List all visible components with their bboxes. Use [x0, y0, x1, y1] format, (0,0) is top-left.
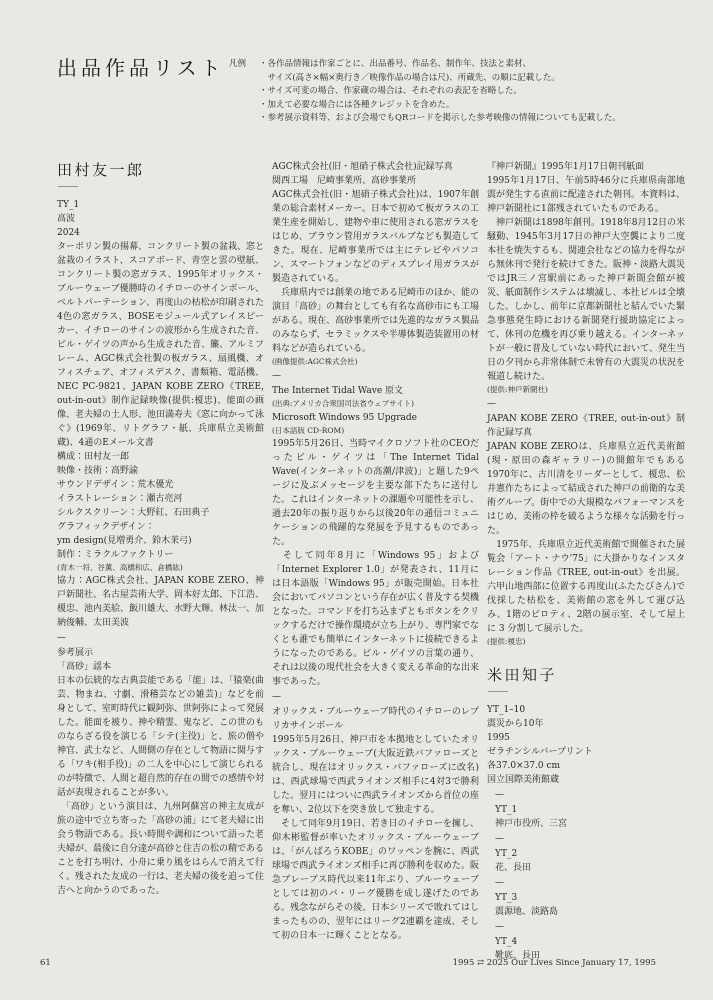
work-detail-line: 「高砂」謡本 [57, 660, 264, 674]
work-detail-line: サウンドデザイン：荒木優光 [57, 478, 264, 492]
section-divider: — [495, 920, 685, 934]
section-divider: — [487, 397, 685, 411]
credit-note: (提供:神戸新聞社) [487, 384, 685, 397]
work-detail-line: Microsoft Windows 95 Upgrade [272, 411, 479, 425]
credit-note: (青木一将、谷薫、高橋和広、倉橋紘) [57, 562, 264, 575]
credit-note: (出典:アメリカ合衆国司法省ウェブサイト) [272, 398, 479, 411]
legend-line: ・サイズ可変の場合、作家蔵の場合は、それぞれの表記を省略した。 [259, 85, 621, 99]
work-detail-line: The Internet Tidal Wave 原文 [272, 384, 479, 398]
page-title: 出品作品リスト [57, 56, 229, 126]
body-paragraph: 協力：AGC株式会社、JAPAN KOBE ZERO、神戸新聞社、名古屋芸術大学… [57, 574, 264, 630]
work-list-item: YT_3 [495, 891, 685, 905]
credit-note: (日本語版 CD-ROM) [272, 425, 479, 438]
credit-note: (画像提供:AGC株式会社) [272, 356, 479, 369]
body-paragraph: AGC株式会社(旧・旭硝子株式会社)記録写真 [272, 160, 479, 174]
artist-name: 米田知子 [487, 665, 685, 685]
work-detail-line: 映像・技術：高野諭 [57, 464, 264, 478]
body-paragraph: 1995年5月26日、当時マイクロソフト社のCEOだったビル・ゲイツは「The … [272, 437, 479, 549]
work-list-item: YT_4 [495, 935, 685, 949]
work-detail-line: シルクスクリーン：大野紅、石田典子 [57, 506, 264, 520]
work-detail-line: 関西工場 尼崎事業所、高砂事業所 [272, 174, 479, 188]
section-divider: — [57, 631, 264, 645]
section-divider: — [495, 788, 685, 802]
body-paragraph: 「高砂」という演目は、九州阿蘇宮の神主友成が旅の途中で立ち寄った「高砂の浦」にて… [57, 800, 264, 898]
credit-note: (提供:榎忠) [487, 636, 685, 649]
artist-section-heading: 米田知子 [487, 665, 685, 692]
work-list-item: 花、長田 [495, 861, 685, 875]
work-detail-line: 制作：ミラクルファクトリー [57, 548, 264, 562]
body-paragraph: そして同年8月に「Windows 95」および「Internet Explore… [272, 549, 479, 689]
heading-rule [58, 186, 78, 187]
work-detail-line: イラストレーション：瀬古亮河 [57, 492, 264, 506]
section-divider: — [272, 690, 479, 704]
artist-name: 田村友一郎 [57, 160, 264, 180]
body-paragraph: JAPAN KOBE ZEROは、兵庫県立近代美術館(現・原田の森ギャラリー)の… [487, 440, 685, 538]
body-paragraph: 『神戸新聞』1995年1月17日朝刊紙面 [487, 160, 685, 174]
body-paragraph: 兵庫県内では創業の地である尼崎市のほか、能の演目「高砂」の舞台としても有名な高砂… [272, 286, 479, 356]
body-paragraph: 1975年、兵庫県立近代美術館で開催された展覧会「アート・ナウ'75」に大掛かり… [487, 538, 685, 636]
work-list-item: 神戸市役所、三宮 [495, 817, 685, 831]
section-divider: — [272, 369, 479, 383]
legend-lines: ・各作品情報は作家ごとに、出品番号、作品名、制作年、技法と素材、 サイズ(高さ×… [259, 58, 621, 126]
work-list-item: YT_2 [495, 847, 685, 861]
page-footer: 61 1995 ⇄ 2025 Our Lives Since January 1… [40, 958, 656, 968]
body-paragraph: 日本の伝統的な古典芸能である「能」は、「猿楽(曲芸、物まね、寸劇、滑稽芸などの雑… [57, 674, 264, 800]
body-paragraph: 神戸新聞は1898年創刊。1918年8月12日の米騒動、1945年3月17日の神… [487, 216, 685, 384]
work-detail-line: YT_1–10 [487, 703, 685, 717]
footer-exhibition-title: 1995 ⇄ 2025 Our Lives Since January 17, … [453, 958, 656, 968]
catalog-page: { "page": { "background": "#e9e8e5", "te… [0, 0, 713, 1000]
work-detail-line: TY_1 [57, 198, 264, 212]
work-list-item: 震源地、淡路島 [495, 905, 685, 919]
heading-rule [488, 691, 508, 692]
legend-line: ・加えて必要な場合には各種クレジットを含めた。 [259, 99, 621, 113]
work-list-item: YT_1 [495, 803, 685, 817]
work-detail-line: 構成：田村友一郎 [57, 450, 264, 464]
work-detail-line: 参考展示 [57, 646, 264, 660]
section-divider: — [495, 876, 685, 890]
work-detail-line: 1995 [487, 731, 685, 745]
legend-line: ・参考展示資料等、および会場でもQRコードを掲示した参考映像の情報についても記載… [259, 112, 621, 126]
column-middle: AGC株式会社(旧・旭硝子株式会社)記録写真関西工場 尼崎事業所、高砂事業所AG… [272, 160, 479, 963]
text-columns: 田村友一郎TY_1高波2024ターポリン製の揚幕、コンクリート製の盆栽、窓と盆栽… [0, 160, 713, 963]
body-paragraph: オリックス・ブルーウェーブ時代のイチローのレプリカサインボール [272, 705, 479, 733]
work-detail-line: 2024 [57, 226, 264, 240]
body-paragraph: AGC株式会社(旧・旭硝子株式会社)は、1907年創業の総合素材メーカー。日本で… [272, 188, 479, 286]
body-paragraph: JAPAN KOBE ZERO《TREE, out-in-out》制作記録写真 [487, 412, 685, 440]
work-detail-line: ゼラチンシルバープリント [487, 745, 685, 759]
work-detail-line: 高波 [57, 212, 264, 226]
body-paragraph: ターポリン製の揚幕、コンクリート製の盆栽、窓と盆栽のイラスト、スコアボード、青空… [57, 240, 264, 450]
column-left: 田村友一郎TY_1高波2024ターポリン製の揚幕、コンクリート製の盆栽、窓と盆栽… [57, 160, 264, 963]
work-detail-line: ym design(見増勇介、鈴木茉弓) [57, 534, 264, 548]
section-divider: — [495, 832, 685, 846]
artist-section-heading: 田村友一郎 [57, 160, 264, 187]
body-paragraph: 1995年5月26日、神戸市を本拠地としていたオリックス・ブルーウェーブ(大阪近… [272, 733, 479, 817]
footer-page-number: 61 [40, 958, 51, 968]
work-detail-line: 各37.0×37.0 cm [487, 759, 685, 773]
work-detail-line: 国立国際美術館蔵 [487, 773, 685, 787]
legend-label: 凡例 [229, 58, 246, 126]
work-detail-line: 震災から10年 [487, 717, 685, 731]
legend-line: ・各作品情報は作家ごとに、出品番号、作品名、制作年、技法と素材、 [259, 58, 621, 72]
work-detail-line: グラフィックデザイン： [57, 520, 264, 534]
body-paragraph: 1995年1月17日、午前5時46分に兵庫県南部地震が発生する直前に配達された朝… [487, 174, 685, 216]
column-right: 『神戸新聞』1995年1月17日朝刊紙面1995年1月17日、午前5時46分に兵… [487, 160, 685, 963]
page-header: 出品作品リスト 凡例 ・各作品情報は作家ごとに、出品番号、作品名、制作年、技法と… [0, 0, 713, 126]
legend: 凡例 ・各作品情報は作家ごとに、出品番号、作品名、制作年、技法と素材、 サイズ(… [229, 56, 621, 126]
body-paragraph: そして同年9月19日、若き日のイチローを擁し、仰木彬監督が率いたオリックス・ブル… [272, 817, 479, 943]
legend-line: サイズ(高さ×幅×奥行き／映像作品の場合は尺)、所蔵先、の順に記載した。 [259, 72, 621, 86]
